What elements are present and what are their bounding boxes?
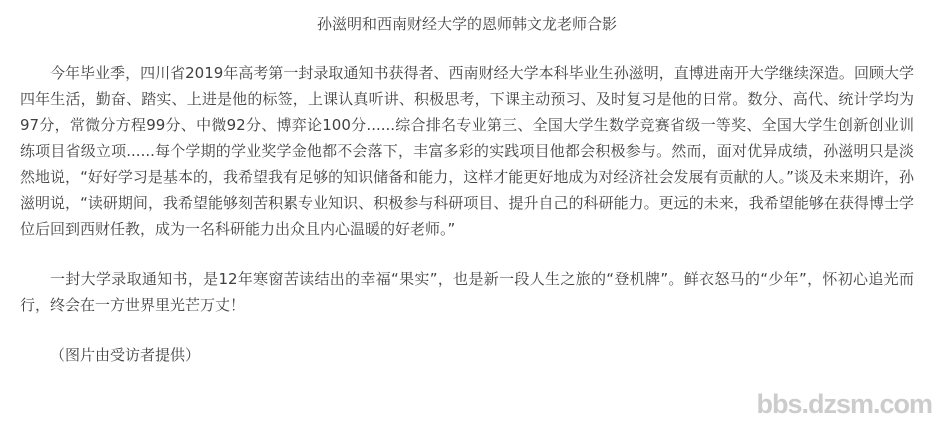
article-paragraph-2: 一封大学录取通知书，是12年寒窗苦读结出的幸福“果实”，也是新一段人生之旅的“登… xyxy=(20,266,914,318)
photo-credit-note: （图片由受访者提供） xyxy=(20,342,914,368)
article-body: 今年毕业季，四川省2019年高考第一封录取通知书获得者、西南财经大学本科毕业生孙… xyxy=(0,34,934,368)
article-page: 孙滋明和西南财经大学的恩师韩文龙老师合影 今年毕业季，四川省2019年高考第一封… xyxy=(0,0,934,422)
article-title: 孙滋明和西南财经大学的恩师韩文龙老师合影 xyxy=(0,0,934,34)
article-paragraph-1: 今年毕业季，四川省2019年高考第一封录取通知书获得者、西南财经大学本科毕业生孙… xyxy=(20,60,914,242)
site-watermark: bbs.dzsm.com xyxy=(756,389,932,420)
